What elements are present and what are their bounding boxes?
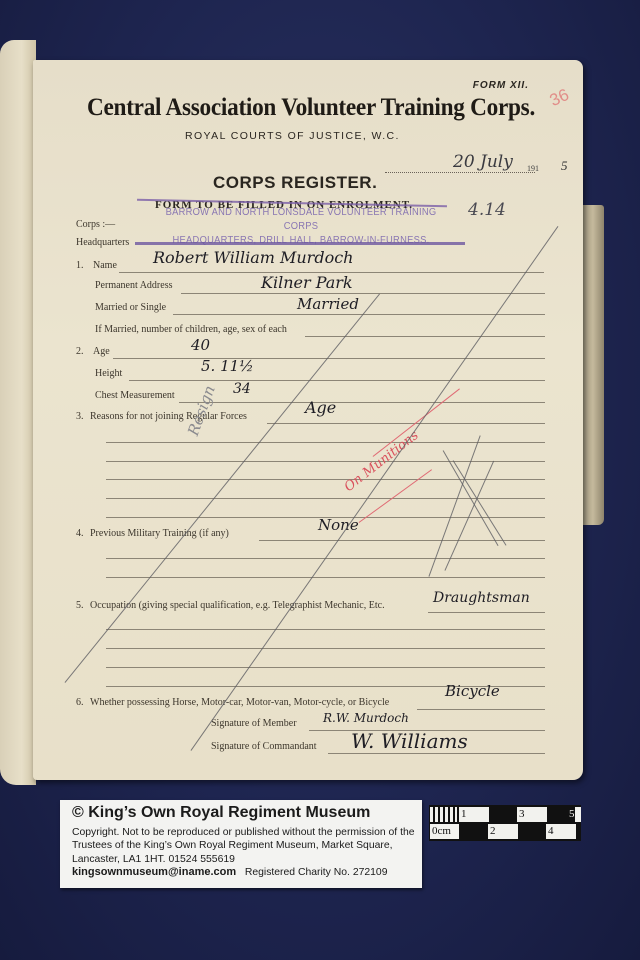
register-form-page: FORM XII. 36 Central Association Volunte… bbox=[33, 60, 583, 780]
left-facing-page bbox=[0, 40, 36, 785]
stamp-line-1: BARROW AND NORTH LONSDALE VOLUNTEER TRAI… bbox=[157, 206, 445, 234]
occupation-label: Occupation (giving special qualification… bbox=[90, 600, 385, 611]
height-label: Height bbox=[95, 368, 122, 379]
military-label: Previous Military Training (if any) bbox=[90, 528, 229, 539]
children-rule bbox=[305, 336, 545, 337]
occupation-rule-4 bbox=[106, 667, 545, 668]
reasons-value: Age bbox=[305, 398, 336, 417]
married-rule bbox=[173, 314, 545, 315]
q6-number: 6. bbox=[76, 697, 84, 708]
member-signature-value: R.W. Murdoch bbox=[323, 711, 409, 725]
commandant-signature-value: W. Williams bbox=[351, 729, 468, 753]
age-value: 40 bbox=[191, 336, 210, 354]
commandant-signature-rule bbox=[328, 753, 545, 754]
q1-number: 1. bbox=[76, 260, 84, 271]
register-number: 4.14 bbox=[468, 200, 506, 220]
scale-tick-2: 2 bbox=[488, 824, 518, 839]
museum-label-body: Copyright. Not to be reproduced or publi… bbox=[72, 826, 417, 866]
reasons-label: Reasons for not joining Regular Forces bbox=[90, 411, 247, 422]
register-title: CORPS REGISTER. bbox=[213, 173, 377, 193]
occupation-value: Draughtsman bbox=[433, 590, 530, 606]
centimetre-scale-bar: 1 3 0cm 2 4 5 bbox=[429, 805, 581, 841]
height-value: 5. 11½ bbox=[201, 357, 254, 375]
age-rule bbox=[113, 358, 545, 359]
occupation-rule-3 bbox=[106, 648, 545, 649]
scale-tick-4: 4 bbox=[546, 824, 576, 839]
scale-tick-3: 3 bbox=[517, 807, 547, 822]
children-label: If Married, number of children, age, sex… bbox=[95, 324, 287, 335]
year-printed: 191 bbox=[527, 164, 539, 173]
reasons-rule-3 bbox=[106, 461, 545, 462]
name-value: Robert William Murdoch bbox=[153, 248, 353, 267]
reasons-rule bbox=[267, 423, 545, 424]
museum-copyright-label: © King’s Own Royal Regiment Museum Copyr… bbox=[60, 800, 422, 888]
reasons-rule-5 bbox=[106, 498, 545, 499]
museum-charity: Registered Charity No. 272109 bbox=[245, 867, 388, 878]
stamp-line-2: HEADQUARTERS, DRILL HALL, BARROW-IN-FURN… bbox=[157, 234, 445, 248]
possessing-rule bbox=[417, 709, 545, 710]
chest-value: 34 bbox=[233, 381, 251, 397]
address-value: Kilner Park bbox=[261, 273, 353, 292]
scale-tick-1: 1 bbox=[459, 807, 489, 822]
page-tab-edge bbox=[582, 205, 604, 525]
age-label: Age bbox=[93, 346, 110, 357]
museum-label-footer: kingsownmuseum@iname.com Registered Char… bbox=[72, 866, 388, 878]
date-handwritten: 20 July bbox=[453, 152, 513, 172]
military-rule-3 bbox=[106, 577, 545, 578]
q5-number: 5. bbox=[76, 600, 84, 611]
q2-number: 2. bbox=[76, 346, 84, 357]
chest-rule bbox=[179, 402, 545, 403]
occupation-rule bbox=[428, 612, 545, 613]
reasons-rule-4 bbox=[106, 479, 545, 480]
form-subtitle: ROYAL COURTS OF JUSTICE, W.C. bbox=[185, 130, 400, 142]
married-value: Married bbox=[297, 295, 359, 313]
corps-label: Corps :— bbox=[76, 219, 115, 230]
year-handwritten: 5 bbox=[561, 158, 568, 174]
form-number: FORM XII. bbox=[473, 80, 529, 91]
address-label: Permanent Address bbox=[95, 280, 173, 291]
form-title: Central Association Volunteer Training C… bbox=[87, 94, 535, 122]
member-signature-label: Signature of Member bbox=[211, 718, 297, 729]
possessing-value: Bicycle bbox=[445, 682, 500, 700]
pencil-cross-line-1 bbox=[65, 294, 381, 683]
chest-label: Chest Measurement bbox=[95, 390, 175, 401]
red-corner-mark: 36 bbox=[547, 85, 573, 111]
q3-number: 3. bbox=[76, 411, 84, 422]
occupation-rule-2 bbox=[106, 629, 545, 630]
possessing-label: Whether possessing Horse, Motor-car, Mot… bbox=[90, 697, 389, 708]
married-label: Married or Single bbox=[95, 302, 166, 313]
q4-number: 4. bbox=[76, 528, 84, 539]
name-label: Name bbox=[93, 260, 117, 271]
commandant-signature-label: Signature of Commandant bbox=[211, 741, 317, 752]
pencil-cross-line-2 bbox=[191, 226, 559, 751]
mm-ticks bbox=[430, 807, 457, 822]
height-rule bbox=[129, 380, 545, 381]
scale-unit: 0cm bbox=[430, 824, 459, 839]
stamp-underline bbox=[135, 242, 465, 245]
address-rule bbox=[181, 293, 545, 294]
reasons-rule-2 bbox=[106, 442, 545, 443]
headquarters-label: Headquarters bbox=[76, 237, 129, 248]
scale-tick-5: 5 bbox=[567, 807, 581, 822]
museum-email: kingsownmuseum@iname.com bbox=[72, 866, 236, 878]
museum-label-title: © King’s Own Royal Regiment Museum bbox=[72, 804, 370, 822]
date-line bbox=[385, 172, 535, 173]
